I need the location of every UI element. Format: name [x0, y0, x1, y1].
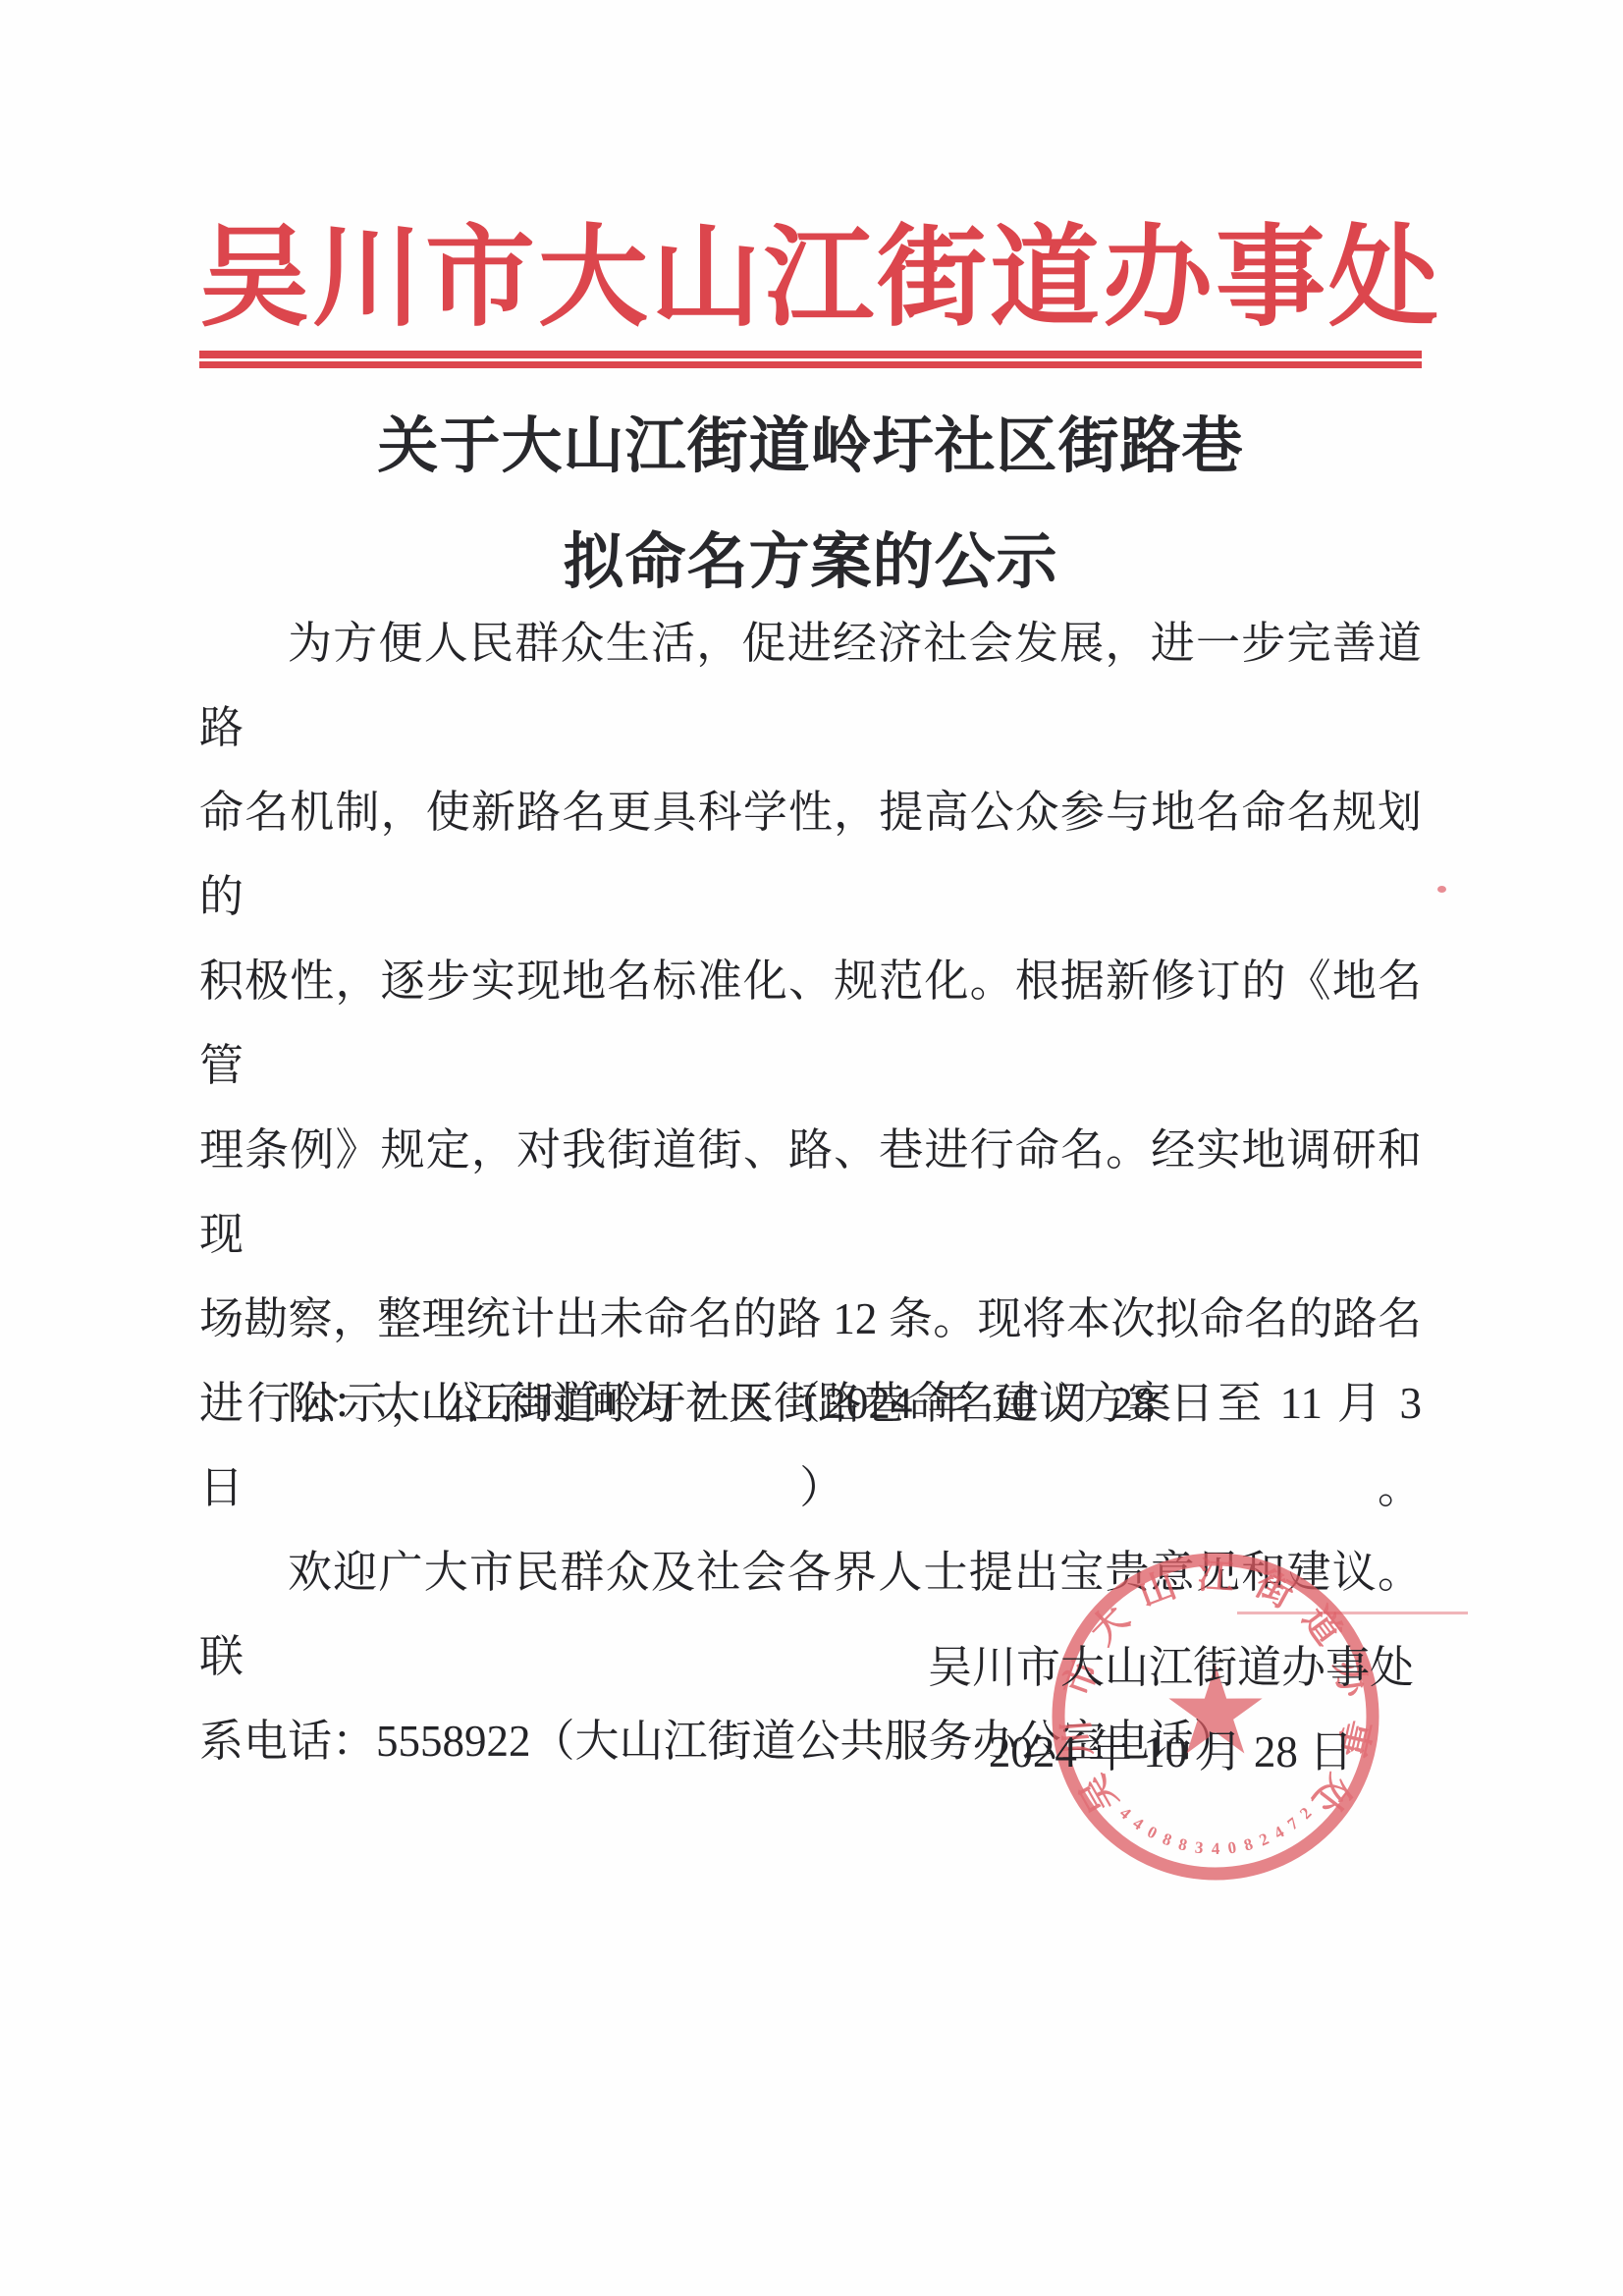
letterhead-rule-bottom [199, 361, 1422, 368]
letterhead-rule-top [199, 351, 1422, 358]
document-title: 关于大山江街道岭圩社区街路巷 拟命名方案的公示 [199, 389, 1422, 621]
body-line: 命名机制，使新路名更具科学性，提高公众参与地名命名规划的 [199, 770, 1422, 939]
body-line: 为方便人民群众生活，促进经济社会发展，进一步完善道路 [199, 601, 1422, 770]
scan-artifact-speck [1437, 886, 1446, 893]
letterhead-title: 吴川市大山江街道办事处 [199, 222, 1422, 338]
signature-org: 吴川市大山江街道办事处 [928, 1625, 1414, 1710]
signature-date: 2024 年 10 月 28 日 [928, 1710, 1414, 1794]
body-line: 理条例》规定，对我街道街、路、巷进行命名。经实地调研和现 [199, 1108, 1422, 1277]
page-content: 吴川市大山江街道办事处 关于大山江街道岭圩社区街路巷 拟命名方案的公示 为方便人… [199, 0, 1422, 2296]
body-line: 积极性，逐步实现地名标准化、规范化。根据新修订的《地名管 [199, 939, 1422, 1108]
body-line: 场勘察，整理统计出未命名的路 12 条。现将本次拟命名的路名 [199, 1277, 1422, 1361]
document-title-line1: 关于大山江街道岭圩社区街路巷 [199, 389, 1422, 505]
attachment-line: 附：大山江街道岭圩社区街路巷命名建议方案 [199, 1361, 1422, 1446]
closing-block: 吴川市大山江街道办事处 2024 年 10 月 28 日 [928, 1625, 1414, 1794]
notice-page: 吴川市大山江街道办事处 关于大山江街道岭圩社区街路巷 拟命名方案的公示 为方便人… [0, 0, 1623, 2296]
